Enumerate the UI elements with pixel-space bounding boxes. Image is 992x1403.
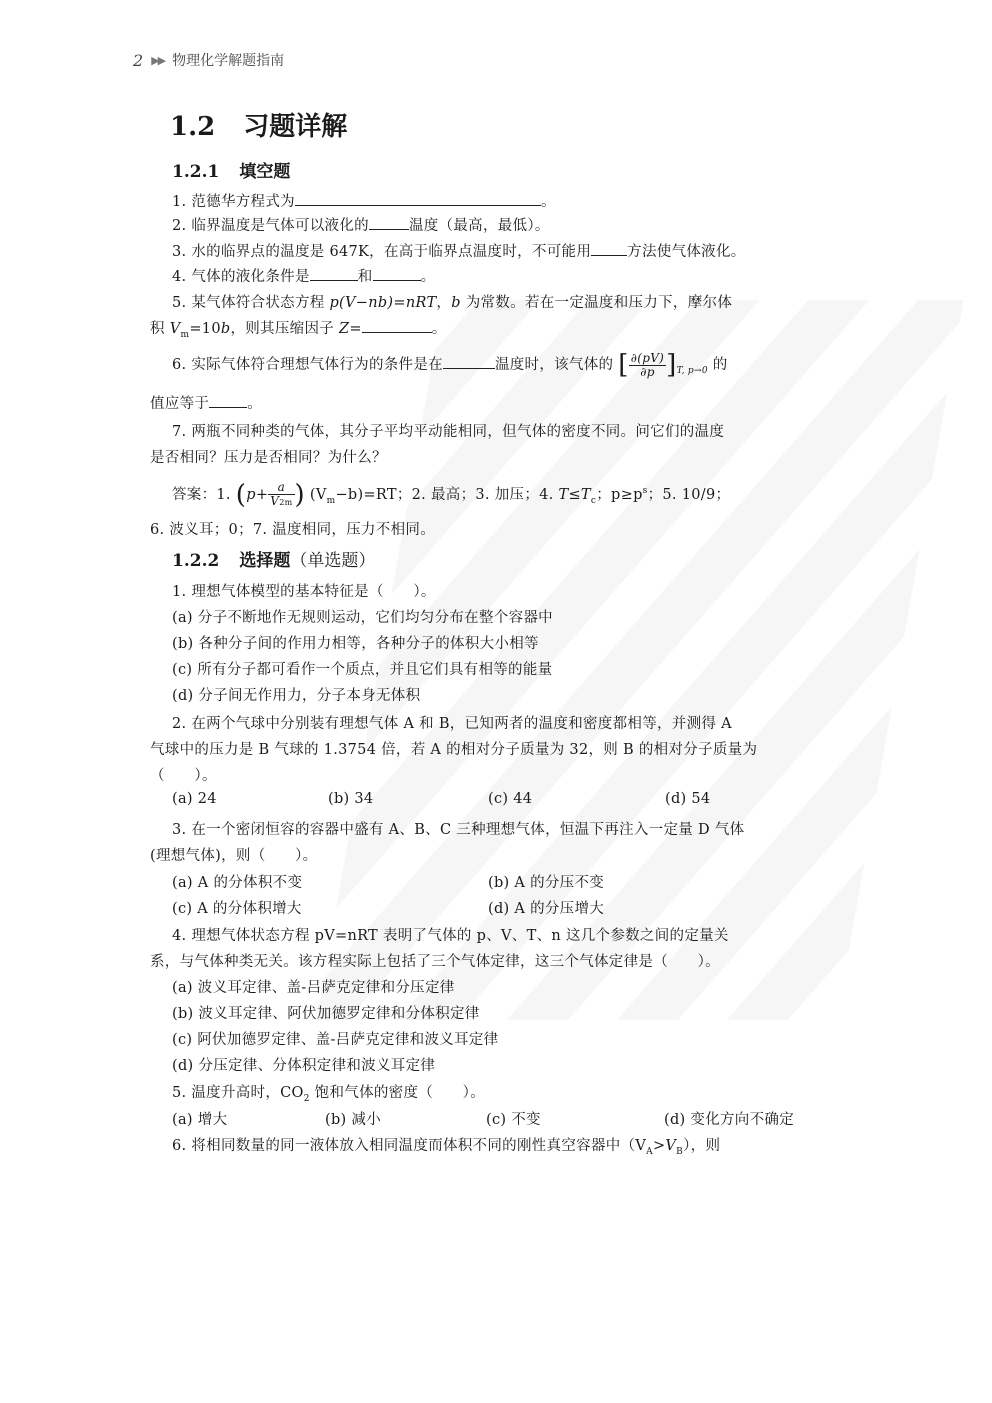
choice-q3-line2: (理想气体)，则（ ）。 — [150, 844, 317, 865]
choice-q4-line1: 4. 理想气体状态方程 pV=nRT 表明了气体的 p、V、T、n 这几个参数之… — [172, 924, 729, 945]
answer-blank — [443, 356, 495, 369]
choice-q1-stem: 1. 理想气体模型的基本特征是（ ）。 — [172, 580, 436, 601]
page-number: 2 — [133, 51, 143, 70]
choice-q1-option-a: (a) 分子不断地作无规则运动，它们均匀分布在整个容器中 — [172, 606, 553, 627]
fill-q6-line1: 6. 实际气体符合理想气体行为的条件是在温度时，该气体的 [∂(pV)∂p]T,… — [172, 350, 728, 380]
choice-q2-option-b: (b) 34 — [328, 791, 373, 807]
choice-q2-option-c: (c) 44 — [488, 791, 532, 807]
running-header: 2 ▶▶ 物理化学解题指南 — [133, 50, 284, 70]
choice-q5-option-a: (a) 增大 — [172, 1108, 227, 1129]
choice-q1-option-c: (c) 所有分子都可看作一个质点，并且它们具有相等的能量 — [172, 658, 552, 679]
choice-q2-line2: 气球中的压力是 B 气球的 1.3754 倍，若 A 的相对分子质量为 32，则… — [150, 738, 757, 759]
choice-q1-option-d: (d) 分子间无作用力，分子本身无体积 — [172, 684, 420, 705]
choice-q3-option-d: (d) A 的分压增大 — [488, 897, 604, 918]
fill-q6-line2: 值应等于。 — [150, 392, 262, 413]
subsection-heading-choice: 1.2.2选择题（单选题） — [172, 546, 375, 571]
answer-blank — [373, 268, 421, 281]
choice-q5-option-c: (c) 不变 — [486, 1108, 541, 1129]
answer-blank — [295, 193, 541, 206]
book-title: 物理化学解题指南 — [172, 50, 284, 70]
choice-q5-option-d: (d) 变化方向不确定 — [664, 1108, 794, 1129]
choice-q3-option-a: (a) A 的分体积不变 — [172, 871, 302, 892]
choice-q2-line1: 2. 在两个气球中分别装有理想气体 A 和 B，已知两者的温度和密度都相等，并测… — [172, 712, 732, 733]
answer-blank — [362, 320, 432, 333]
fill-q4: 4. 气体的液化条件是和。 — [172, 265, 435, 286]
choice-q2-option-a: (a) 24 — [172, 791, 217, 807]
fill-q7-line1: 7. 两瓶不同种类的气体，其分子平均平动能相同，但气体的密度不同。问它们的温度 — [172, 420, 724, 441]
answer-blank — [591, 243, 627, 256]
partial-derivative: ∂(pV)∂p — [629, 352, 666, 379]
fraction-a-over-vm2: aV2m — [268, 481, 294, 509]
choice-q5-option-b: (b) 减小 — [325, 1108, 381, 1129]
choice-q4-line2: 系，与气体种类无关。该方程实际上包括了三个气体定律，这三个气体定律是（ ）。 — [150, 950, 720, 971]
answer-blank — [369, 217, 409, 230]
choice-q3-line1: 3. 在一个密闭恒容的容器中盛有 A、B、C 三种理想气体，恒温下再注入一定量 … — [172, 818, 744, 839]
answer-blank — [209, 395, 247, 408]
choice-q4-option-a: (a) 波义耳定律、盖-吕萨克定律和分压定律 — [172, 976, 455, 997]
choice-q1-option-b: (b) 各种分子间的作用力相等，各种分子的体积大小相等 — [172, 632, 539, 653]
fill-q1: 1. 范德华方程式为。 — [172, 190, 556, 211]
answer-blank — [310, 268, 358, 281]
choice-q4-option-b: (b) 波义耳定律、阿伏加德罗定律和分体积定律 — [172, 1002, 480, 1023]
double-arrow-icon: ▶▶ — [151, 54, 164, 67]
choice-q2-option-d: (d) 54 — [665, 791, 710, 807]
subsection-heading-fill-in: 1.2.1填空题 — [172, 157, 290, 182]
choice-q4-option-c: (c) 阿伏加德罗定律、盖-吕萨克定律和波义耳定律 — [172, 1028, 498, 1049]
choice-q6-line1: 6. 将相同数量的同一液体放入相同温度而体积不同的刚性真空容器中（VA>VB），… — [172, 1134, 720, 1157]
choice-q5-stem: 5. 温度升高时，CO2 饱和气体的密度（ ）。 — [172, 1081, 485, 1104]
fill-q5-line2: 积 Vm=10b，则其压缩因子 Z=。 — [150, 317, 447, 340]
answer-line2: 6. 波义耳；0；7. 温度相同，压力不相同。 — [150, 518, 435, 539]
fill-q2: 2. 临界温度是气体可以液化的温度（最高，最低）。 — [172, 214, 550, 235]
choice-q3-option-c: (c) A 的分体积增大 — [172, 897, 302, 918]
fill-q5-line1: 5. 某气体符合状态方程 p(V−nb)=nRT，b 为常数。若在一定温度和压力… — [172, 291, 732, 312]
section-heading: 1.2习题详解 — [170, 106, 347, 143]
fill-q7-line2: 是否相同？压力是否相同？为什么？ — [150, 446, 387, 467]
choice-q4-option-d: (d) 分压定律、分体积定律和波义耳定律 — [172, 1054, 435, 1075]
choice-q3-option-b: (b) A 的分压不变 — [488, 871, 604, 892]
choice-q2-line3: （ ）。 — [150, 764, 217, 785]
fill-q3: 3. 水的临界点的温度是 647K，在高于临界点温度时，不可能用方法使气体液化。 — [172, 240, 746, 261]
answer-line1: 答案：1. (p+aV2m) (Vm−b)=RT；2. 最高；3. 加压；4. … — [172, 480, 730, 510]
